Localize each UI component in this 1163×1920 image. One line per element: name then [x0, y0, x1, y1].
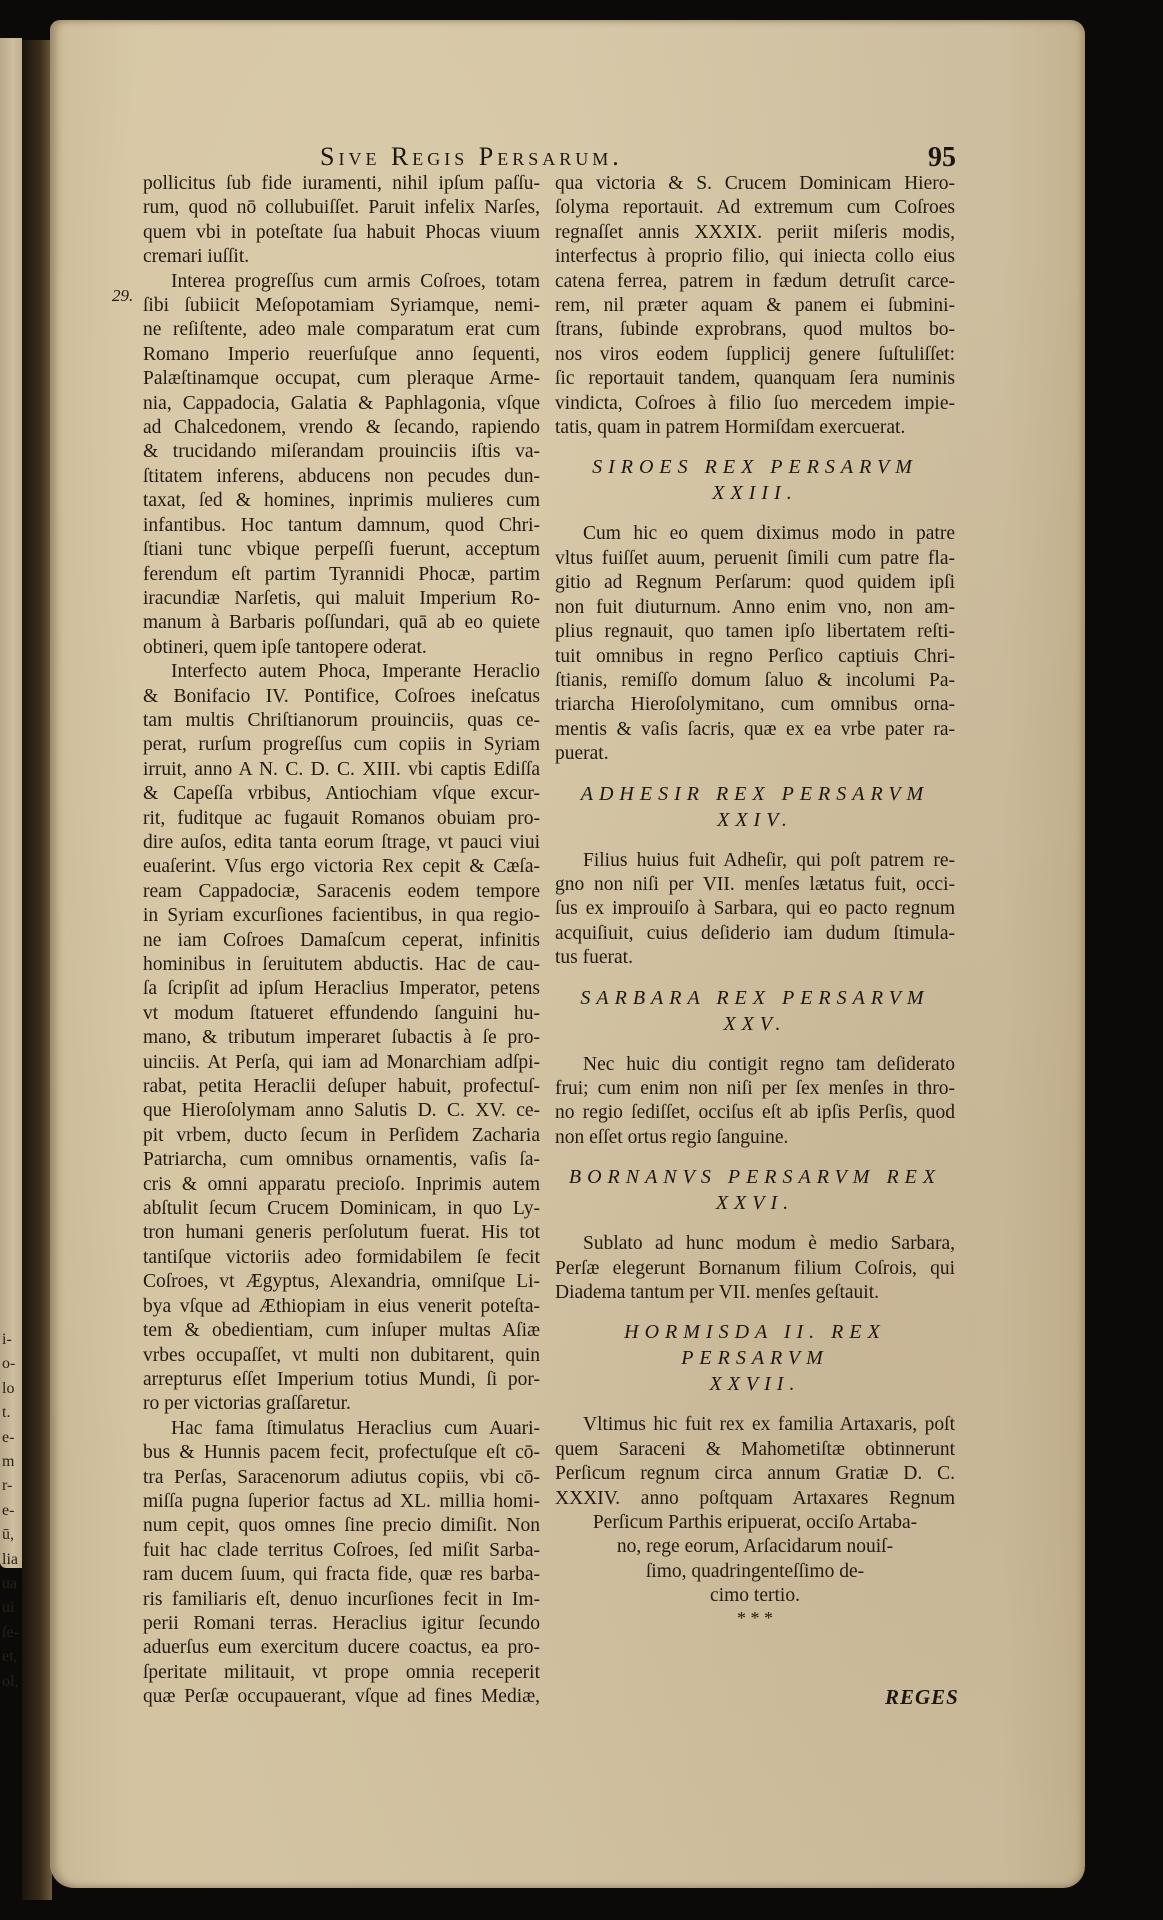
- text-line: non eſſet ortus regio ſanguine.: [555, 1126, 955, 1150]
- text-line: ne iam Coſroes Damaſcum ceperat, infinit…: [143, 929, 540, 953]
- text-line: manum à Barbaris poſſundari, quā ab eo q…: [143, 611, 540, 635]
- text-line: rum, quod nō collubuiſſet. Paruit infeli…: [143, 196, 540, 220]
- text-line: aduerſus eum exercitum ducere coactus, e…: [143, 1636, 540, 1660]
- text-line: interfectus à proprio filio, qui iniecta…: [555, 245, 955, 269]
- running-title: Sive Regis Persarum.: [320, 142, 623, 172]
- text-line: iracundiæ Narſetis, qui maluit Imperium …: [143, 587, 540, 611]
- text-line: ro per victorias graſſaretur.: [143, 1392, 540, 1416]
- text-line: ſperitate militauit, vt prope omnia rece…: [143, 1661, 540, 1685]
- text-line: bus & Hunnis pacem fecit, profectuſque e…: [143, 1441, 540, 1465]
- text-line: cris & omni apparatu precioſo. Inprimis …: [143, 1173, 540, 1197]
- book-page: Sive Regis Persarum. 95 29. pollicitus ſ…: [50, 20, 1085, 1888]
- heading-number: XXV.: [555, 1011, 955, 1037]
- text-line: Coſroes, vt Ægyptus, Alexandria, omniſqu…: [143, 1270, 540, 1294]
- text-line: Perſicum regnum circa annum Gratiæ D. C.: [555, 1462, 955, 1486]
- fragment: i-: [2, 1328, 22, 1352]
- text-line: & Bonifacio IV. Pontifice, Coſroes ineſc…: [143, 685, 540, 709]
- fragment: t.: [2, 1401, 22, 1425]
- text-line: ſic reportauit tandem, quanquam ſera num…: [555, 367, 955, 391]
- text-line: Sublato ad hunc modum è medio Sarbara,: [555, 1232, 955, 1256]
- fragment: ſe-: [2, 1621, 22, 1645]
- text-line: vrbes occupaſſet, vt multi non dubitaren…: [143, 1344, 540, 1368]
- text-line: quem Saraceni & Mahometiſtæ obtinnerunt: [555, 1438, 955, 1462]
- text-line: rabat, petita Heraclii deſuper habuit, p…: [143, 1075, 540, 1099]
- heading-number: XXVI.: [555, 1190, 955, 1216]
- text-line: quæ Perſæ occupauerant, vſque ad fines M…: [143, 1685, 540, 1709]
- heading-number: XXIV.: [555, 807, 955, 833]
- text-line: & Capeſſa vrbibus, Antiochiam vſque excu…: [143, 782, 540, 806]
- section-heading: BORNANVS PERSARVM REXXXVI.: [555, 1164, 955, 1216]
- text-line: mentis & vaſis ſacris, quæ ex ea vrbe pa…: [555, 718, 955, 742]
- paragraph: Filius huius fuit Adheſir, qui poſt patr…: [555, 849, 955, 971]
- text-line: tatis, quam in patrem Hormiſdam exercuer…: [555, 416, 955, 440]
- text-line: Vltimus hic fuit rex ex familia Artaxari…: [555, 1413, 955, 1437]
- text-line: & trucidando miſerandam prouinciis iſtis…: [143, 440, 540, 464]
- text-line: perat, rurſum progreſſus cum copiis in S…: [143, 733, 540, 757]
- text-line: gno non niſi per VII. menſes lætatus fui…: [555, 873, 955, 897]
- text-line: in Syriam excurſiones facientibus, in qu…: [143, 904, 540, 928]
- text-line: mano, & tributum imperaret ſubactis à ſe…: [143, 1026, 540, 1050]
- text-line: frui; cum enim non niſi per ſex menſes i…: [555, 1077, 955, 1101]
- heading-number: XXIII.: [555, 480, 955, 506]
- heading-title: SARBARA REX PERSARVM: [555, 985, 955, 1011]
- text-line: rit, fuditque ac fugauit Romanos obuiam …: [143, 807, 540, 831]
- text-line: tron humani generis perſolutum fuerat. H…: [143, 1221, 540, 1245]
- text-line: ſa ſcripſit ad ipſum Heraclius Imperator…: [143, 977, 540, 1001]
- text-line: Patriarcha, cum omnibus ornamentis, vaſi…: [143, 1148, 540, 1172]
- text-line: taxat, ſed & homines, inprimis mulieres …: [143, 489, 540, 513]
- page-number: 95: [928, 142, 956, 174]
- text-line: Nec huic diu contigit regno tam deſidera…: [555, 1053, 955, 1077]
- text-line: ram ducem ſuum, qui fracta fide, quæ res…: [143, 1563, 540, 1587]
- previous-page-text-fragments: i-o-lot.e-mr-e-ū,liauauiſe-et,ol,: [2, 1328, 22, 1694]
- text-line: que Hieroſolymam anno Salutis D. C. XV. …: [143, 1099, 540, 1123]
- fragment: e-: [2, 1426, 22, 1450]
- text-line: ad Chalcedonem, vrendo & ſecando, rapien…: [143, 416, 540, 440]
- text-line: no, rege eorum, Arſacidarum nouiſ-: [555, 1535, 955, 1559]
- text-line: acquiſiuit, cuius deſiderio iam dudum ſt…: [555, 922, 955, 946]
- left-column: pollicitus ſub fide iuramenti, nihil ipſ…: [143, 172, 540, 1710]
- fragment: ua: [2, 1572, 22, 1596]
- text-line: qua victoria & S. Crucem Dominicam Hiero…: [555, 172, 955, 196]
- heading-number: XXVII.: [555, 1371, 955, 1397]
- text-line: ſimo, quadringenteſſimo de-: [555, 1560, 955, 1584]
- text-line: ſus ex improuiſo à Sarbara, qui eo pacto…: [555, 897, 955, 921]
- text-line: Cum hic eo quem diximus modo in patre: [555, 522, 955, 546]
- section-heading: SIROES REX PERSARVMXXIII.: [555, 454, 955, 506]
- text-line: cremari iuſſit.: [143, 245, 540, 269]
- text-line: nos viros eodem ſupplicij genere ſuſtuli…: [555, 343, 955, 367]
- text-line: Perſæ elegerunt Bornanum filium Coſrois,…: [555, 1257, 955, 1281]
- text-line: perii Romani terras. Heraclius igitur ſe…: [143, 1612, 540, 1636]
- text-line: ris familiaris eſt, denuo incurſiones fe…: [143, 1588, 540, 1612]
- fragment: ū,: [2, 1523, 22, 1547]
- margin-note: 29.: [112, 286, 133, 306]
- text-line: fuit hac clade territus Coſroes, ſed miſ…: [143, 1539, 540, 1563]
- text-line: ream Cappadociæ, Saracenis eodem tempore: [143, 880, 540, 904]
- text-line: euaſerint. Vſus ergo victoria Rex cepit …: [143, 855, 540, 879]
- text-line: arrepturus eſſet Imperium totius Mundi, …: [143, 1368, 540, 1392]
- text-line: ſtrans, ſubinde exprobrans, quod multos …: [555, 318, 955, 342]
- text-line: tam multis Chriſtianorum prouinciis, qua…: [143, 709, 540, 733]
- heading-title: BORNANVS PERSARVM REX: [555, 1164, 955, 1190]
- text-line: ſtitatem inferens, abducens non pecudes …: [143, 465, 540, 489]
- text-line: ſtianis, remiſſo domum ſaluo & incolumi …: [555, 669, 955, 693]
- fragment: lia: [2, 1548, 22, 1572]
- fragment: e-: [2, 1499, 22, 1523]
- fragment: et,: [2, 1645, 22, 1669]
- text-line: tem & obedientiam, cum inſuper multas Aſ…: [143, 1319, 540, 1343]
- text-line: irruit, anno A N. C. D. C. XIII. vbi cap…: [143, 758, 540, 782]
- text-line: ſtiani tunc vbique perpeſſi fuerunt, acc…: [143, 538, 540, 562]
- text-line: triarcha Hieroſolymitano, cum omnibus or…: [555, 693, 955, 717]
- paragraph: Nec huic diu contigit regno tam deſidera…: [555, 1053, 955, 1151]
- text-line: Interfecto autem Phoca, Imperante Heracl…: [143, 660, 540, 684]
- catchword: REGES: [885, 1685, 959, 1710]
- text-line: pit vrbem, ducto ſecum in Perſidem Zacha…: [143, 1124, 540, 1148]
- text-line: ne reſiſtente, adeo male comparatum erat…: [143, 318, 540, 342]
- text-line: nia, Cappadocia, Galatia & Paphlagonia, …: [143, 392, 540, 416]
- text-line: rem, nil præter aquam & panem ei ſubmini…: [555, 294, 955, 318]
- text-line: cimo tertio.: [555, 1584, 955, 1608]
- text-line: Diadema tantum per VII. menſes geſtauit.: [555, 1281, 955, 1305]
- book-gutter: [22, 40, 52, 1900]
- heading-title: HORMISDA II. REX PERSARVM: [555, 1319, 955, 1371]
- text-line: bya vſque ad Æthiopiam in eius venerit p…: [143, 1295, 540, 1319]
- fragment: ol,: [2, 1670, 22, 1694]
- text-line: vindicta, Coſroes à filio ſuo mercedem i…: [555, 392, 955, 416]
- text-line: pollicitus ſub fide iuramenti, nihil ipſ…: [143, 172, 540, 196]
- text-line: regnaſſet annis XXXIX. periit miſeris mo…: [555, 221, 955, 245]
- text-line: Palæſtinamque occupat, cum pleraque Arme…: [143, 367, 540, 391]
- section-heading: SARBARA REX PERSARVMXXV.: [555, 985, 955, 1037]
- text-line: tra Perſas, Saracenorum adiutus copiis, …: [143, 1466, 540, 1490]
- text-line: ferendum eſt partim Tyrannidi Phocæ, par…: [143, 563, 540, 587]
- text-line: dire auſos, edita tanta eorum ſtrage, vt…: [143, 831, 540, 855]
- previous-page-edge: i-o-lot.e-mr-e-ū,liauauiſe-et,ol,: [0, 38, 22, 1568]
- text-line: gitio ad Regnum Perſarum: quod quidem ip…: [555, 571, 955, 595]
- text-line: vltus fuiſſet auum, peruenit ſimili cum …: [555, 547, 955, 571]
- paragraph: Interea progreſſus cum armis Coſroes, to…: [143, 270, 540, 661]
- section-heading: HORMISDA II. REX PERSARVMXXVII.: [555, 1319, 955, 1397]
- text-line: hominibus in ſeruitutem abductis. Hac de…: [143, 953, 540, 977]
- right-column: qua victoria & S. Crucem Dominicam Hiero…: [555, 172, 955, 1625]
- heading-title: ADHESIR REX PERSARVM: [555, 781, 955, 807]
- paragraph: qua victoria & S. Crucem Dominicam Hiero…: [555, 172, 955, 440]
- text-line: Perſicum Parthis eripuerat, occiſo Artab…: [555, 1511, 955, 1535]
- ornament-asterisks: * * *: [555, 1611, 955, 1625]
- fragment: r-: [2, 1474, 22, 1498]
- heading-title: SIROES REX PERSARVM: [555, 454, 955, 480]
- paragraph: pollicitus ſub fide iuramenti, nihil ipſ…: [143, 172, 540, 270]
- text-line: Interea progreſſus cum armis Coſroes, to…: [143, 270, 540, 294]
- text-line: no regio ſediſſet, occiſus eſt ab ipſis …: [555, 1101, 955, 1125]
- text-line: infantibus. Hoc tantum damnum, quod Chri…: [143, 514, 540, 538]
- text-line: quem vbi in poteſtate ſua habuit Phocas …: [143, 221, 540, 245]
- fragment: ui: [2, 1596, 22, 1620]
- text-line: abſtulit ſecum Crucem Dominicam, in quo …: [143, 1197, 540, 1221]
- fragment: m: [2, 1450, 22, 1474]
- text-line: miſſa pugna ſuperior factus ad XL. milli…: [143, 1490, 540, 1514]
- text-line: obtineri, quem ipſe tantopere oderat.: [143, 636, 540, 660]
- paragraph: Vltimus hic fuit rex ex familia Artaxari…: [555, 1413, 955, 1608]
- text-line: Romano Imperio reuerſuſque anno ſequenti…: [143, 343, 540, 367]
- text-line: non fuit diuturnum. Anno enim vno, non a…: [555, 596, 955, 620]
- text-line: tantiſque victoriis adeo formidabilem ſe…: [143, 1246, 540, 1270]
- text-line: Filius huius fuit Adheſir, qui poſt patr…: [555, 849, 955, 873]
- text-line: catena ferrea, patrem in fædum detruſit …: [555, 270, 955, 294]
- text-line: uinciis. At Perſa, qui iam ad Monarchiam…: [143, 1051, 540, 1075]
- text-line: plius regnauit, quo tamen ipſo libertate…: [555, 620, 955, 644]
- section-heading: ADHESIR REX PERSARVMXXIV.: [555, 781, 955, 833]
- fragment: lo: [2, 1377, 22, 1401]
- paragraph: Hac fama ſtimulatus Heraclius cum Auari-…: [143, 1417, 540, 1710]
- fragment: o-: [2, 1352, 22, 1376]
- paragraph: Interfecto autem Phoca, Imperante Heracl…: [143, 660, 540, 1417]
- text-line: num cepit, quos omnes ſine precio dimiſi…: [143, 1514, 540, 1538]
- text-line: XXXIV. anno poſtquam Artaxares Regnum: [555, 1487, 955, 1511]
- paragraph: Cum hic eo quem diximus modo in patrevlt…: [555, 522, 955, 766]
- text-line: ſolyma reportauit. Ad extremum cum Coſro…: [555, 196, 955, 220]
- text-line: tus fuerat.: [555, 946, 955, 970]
- text-line: Hac fama ſtimulatus Heraclius cum Auari-: [143, 1417, 540, 1441]
- text-line: vt modum ſtatueret effundendo ſanguini h…: [143, 1002, 540, 1026]
- paragraph: Sublato ad hunc modum è medio Sarbara,Pe…: [555, 1232, 955, 1305]
- text-line: ſibi ſubiicit Meſopotamiam Syriamque, ne…: [143, 294, 540, 318]
- text-line: tuit omnibus in regno Perſico captiuis C…: [555, 645, 955, 669]
- text-line: puerat.: [555, 742, 955, 766]
